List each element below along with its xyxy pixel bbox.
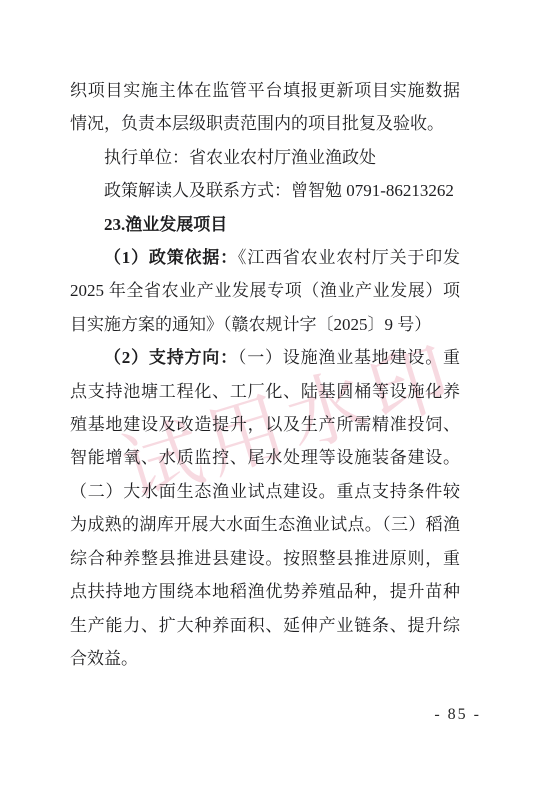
paragraph-lead: （1）政策依据： [104, 248, 238, 267]
paragraph: 23.渔业发展项目 [70, 208, 460, 241]
paragraph: （1）政策依据：《江西省农业农村厅关于印发 2025 年全省农业产业发展专项（渔… [70, 241, 460, 341]
paragraph: （2）支持方向：（一）设施渔业基地建设。重点支持池塘工程化、工厂化、陆基圆桶等设… [70, 341, 460, 675]
document-body: 织项目实施主体在监管平台填报更新项目实施数据情况，负责本层级职责范围内的项目批复… [70, 74, 460, 675]
paragraph: 织项目实施主体在监管平台填报更新项目实施数据情况，负责本层级职责范围内的项目批复… [70, 74, 460, 141]
paragraph-lead: （2）支持方向： [104, 348, 238, 367]
paragraph: 政策解读人及联系方式：曾智勉 0791-86213262 [70, 174, 460, 207]
document-page: 试用水印 织项目实施主体在监管平台填报更新项目实施数据情况，负责本层级职责范围内… [0, 0, 559, 793]
page-footer: - 85 - [0, 706, 481, 724]
page-number: - 85 - [434, 706, 481, 723]
paragraph: 执行单位：省农业农村厅渔业渔政处 [70, 141, 460, 174]
